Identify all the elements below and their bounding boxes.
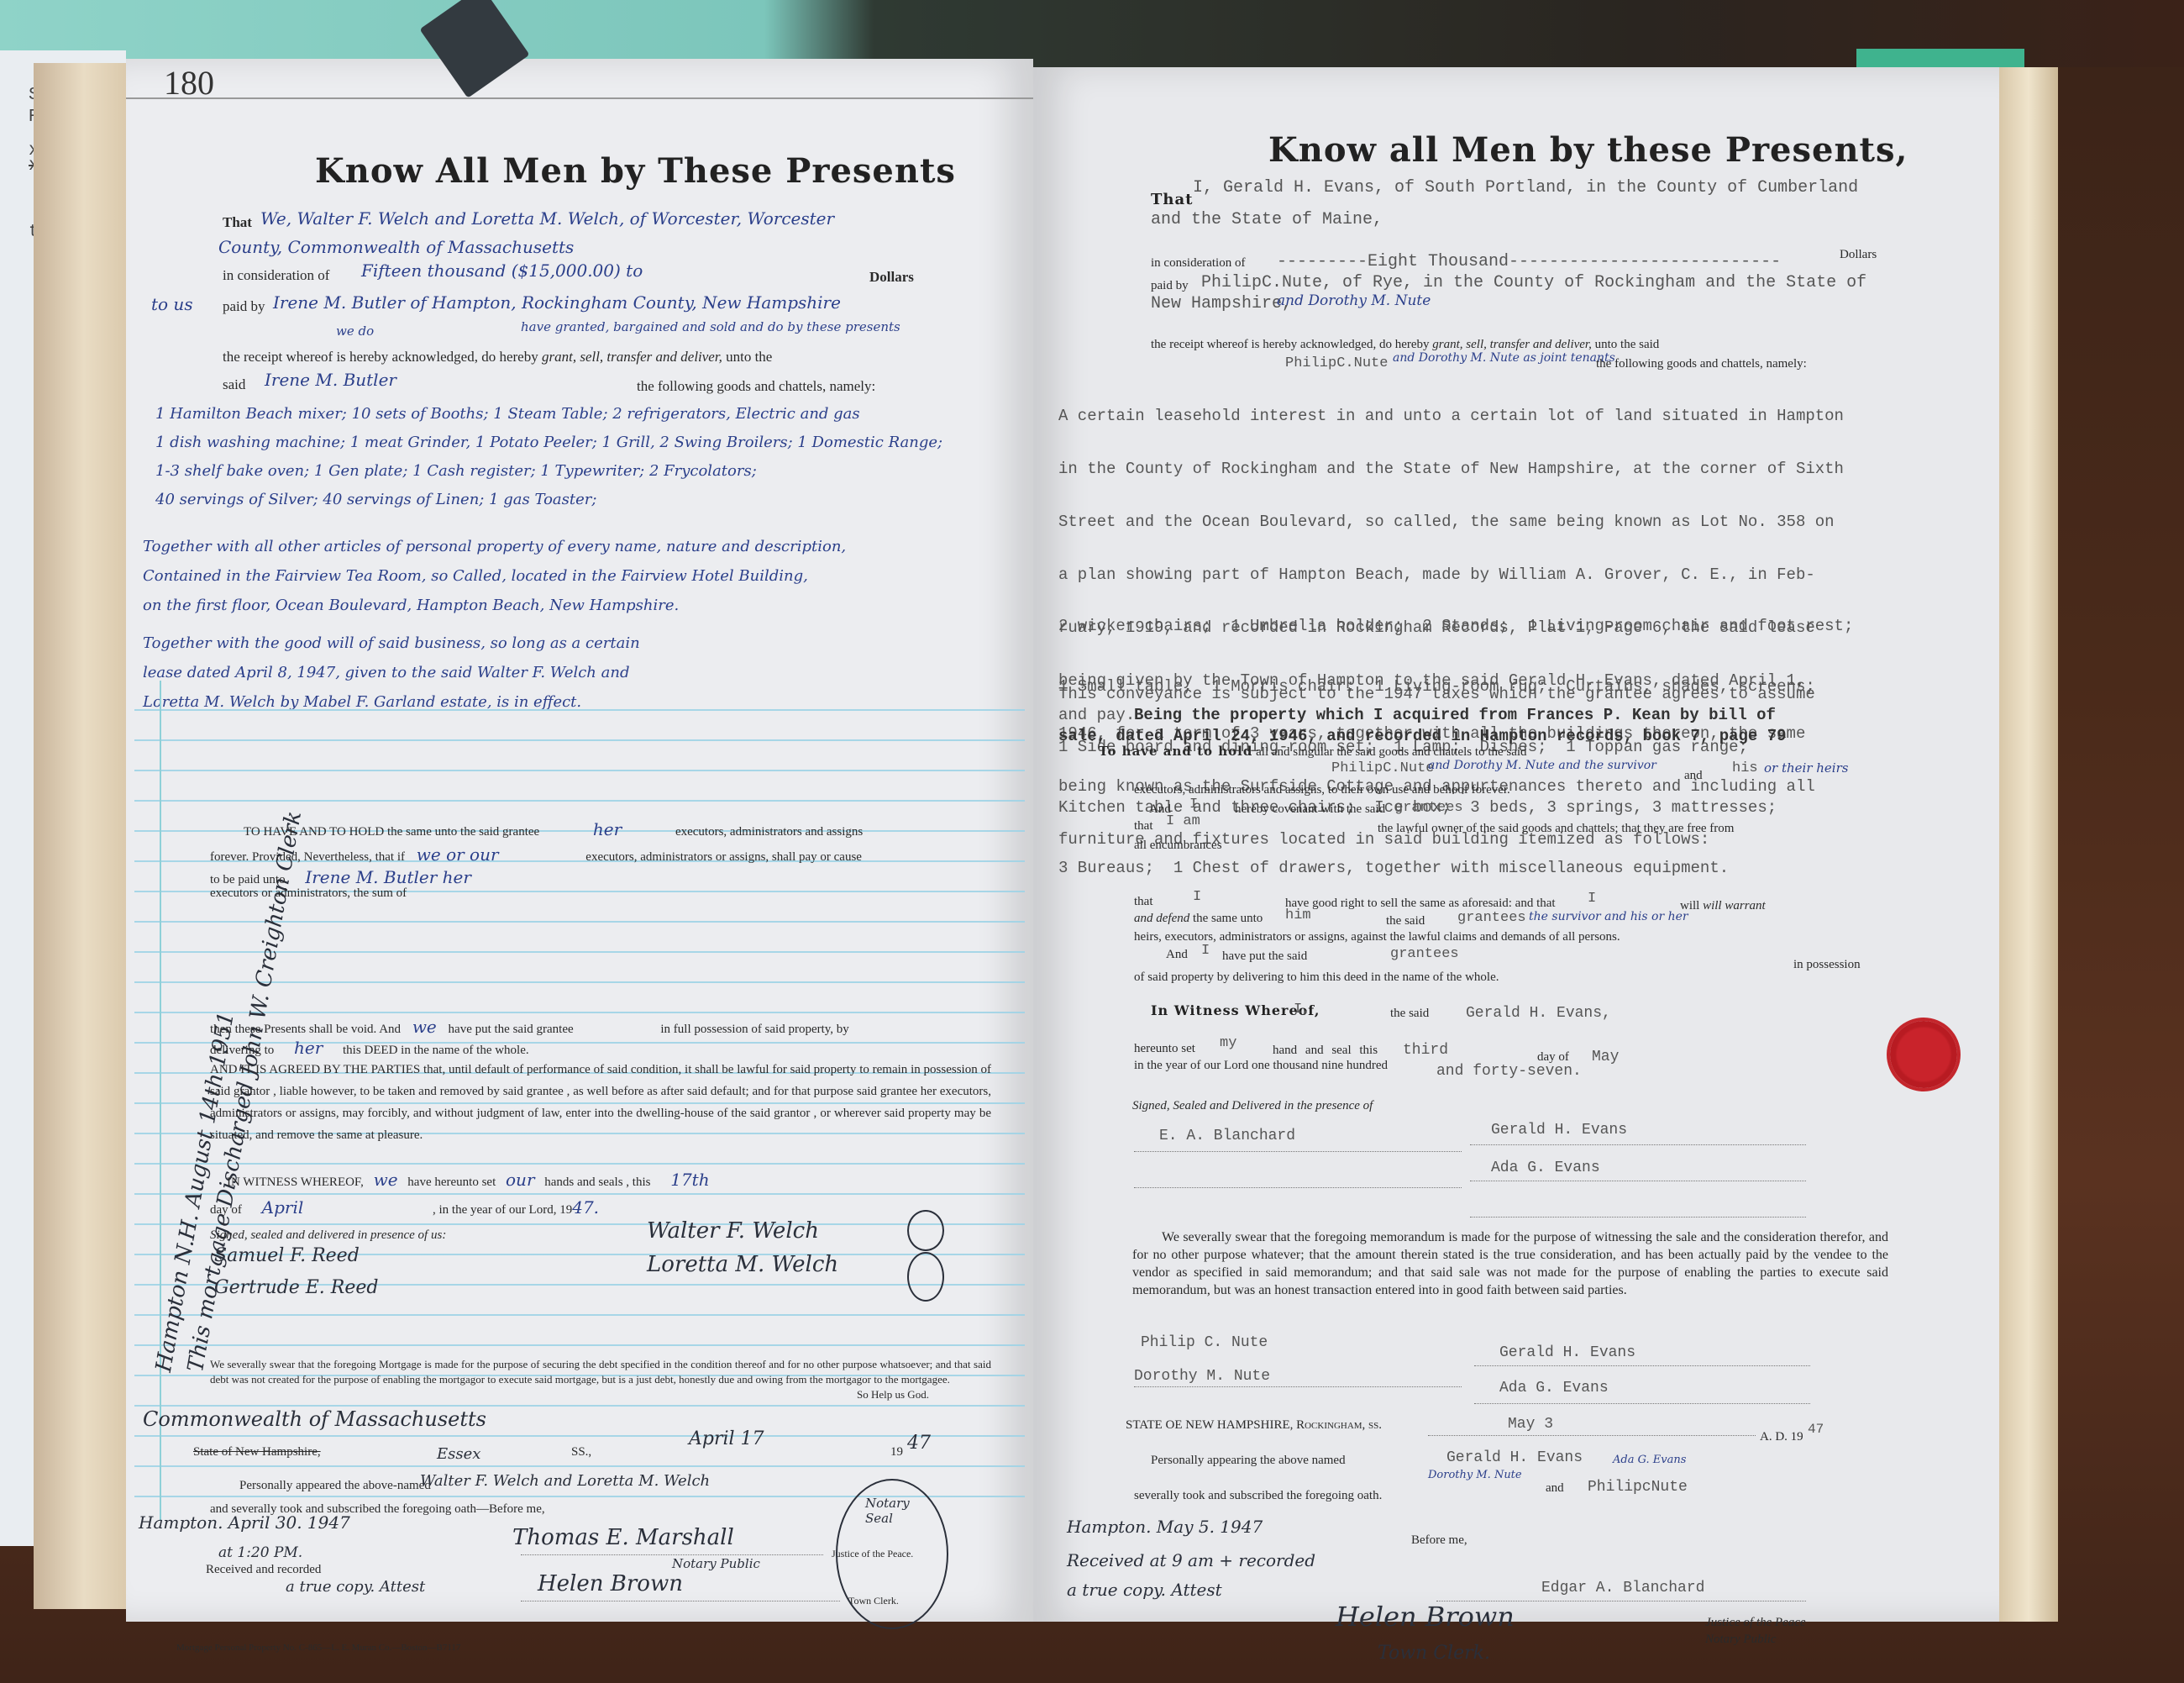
goodwill-clause-line: Together with the good will of said busi…	[143, 634, 640, 652]
and-label: and	[1684, 769, 1703, 783]
ss-label: SS.,	[571, 1445, 591, 1459]
left-page: 180 Know All Men by These Presents That …	[126, 59, 1033, 1622]
oval-note-hand: Notary Seal	[865, 1496, 916, 1526]
consideration-label: in consideration of	[223, 267, 329, 284]
ack-date-hand: April 17	[689, 1428, 764, 1449]
signer-typed: Ada G. Evans	[1491, 1160, 1600, 1176]
witness-i-typed: I,	[1294, 1002, 1310, 1018]
together-clause-line: on the first floor, Ocean Boulevard, Ham…	[143, 597, 679, 614]
paid-by-typed: PhilipC.Nute, of Rye, in the County of R…	[1201, 273, 1866, 292]
oath-taken-text: severally took and subscribed the forego…	[1134, 1489, 1382, 1503]
month-typed: May	[1592, 1049, 1619, 1065]
delivering-line: of said property by delivering to him th…	[1134, 970, 1499, 985]
recorded-time-hand: at 1:20 PM.	[218, 1544, 302, 1561]
year-line: in the year of our Lord one thousand nin…	[1134, 1059, 1388, 1073]
witness-signature: Gertrude E. Reed	[214, 1277, 378, 1298]
appeared-hand: Walter F. Welch and Loretta M. Welch	[420, 1472, 710, 1490]
ack-year-print: 19	[890, 1445, 903, 1459]
same-unto-text: the same unto	[1193, 912, 1263, 925]
survivor-hand: the survivor and his or her	[1529, 910, 1688, 923]
recorded-hand: a true copy. Attest	[1067, 1580, 1222, 1600]
received-recorded-label: Received and recorded	[206, 1563, 321, 1577]
jp-signature-line	[521, 1554, 823, 1555]
day-of-label: day of	[210, 1203, 242, 1217]
appeared-label: Personally appeared the above-named	[239, 1479, 431, 1493]
mortgage-oath: We severally swear that the foregoing Mo…	[210, 1357, 991, 1387]
memorandum-oath: We severally swear that the foregoing me…	[1132, 1228, 1888, 1299]
ad-label: A. D. 19	[1760, 1430, 1803, 1444]
signer-line-2	[1470, 1181, 1806, 1181]
delivering-text: delivering to	[210, 1044, 274, 1057]
page-number: 180	[164, 63, 214, 103]
grantor-typed-2: and the State of Maine,	[1151, 210, 1383, 229]
state-line: STATE OE NEW HAMPSHIRE, Rockingham, ss.	[1126, 1418, 1382, 1433]
my-typed: my	[1220, 1035, 1236, 1051]
oath-signer-right: Ada G. Evans	[1499, 1380, 1609, 1396]
witness-hands-seals: hands and seals , this	[544, 1175, 650, 1189]
oath-signer-line	[1474, 1403, 1810, 1404]
consideration-handwritten: Fifteen thousand ($15,000.00) to	[361, 260, 643, 281]
grantee-hand: and Dorothy M. Nute as joint tenants	[1393, 351, 1615, 365]
put-said-text: have put the said	[1222, 949, 1307, 964]
appearing-label: Personally appearing the above named	[1151, 1454, 1346, 1468]
recorded-hand: Received at 9 am + recorded	[1067, 1550, 1315, 1570]
left-page-title: Know All Men by These Presents	[315, 151, 956, 191]
habendum-text: all and singular the said goods and chat…	[1256, 745, 1526, 759]
habendum-label: To have and to hold	[1099, 744, 1252, 759]
page-stack-edge	[34, 63, 134, 1609]
being-typed-2: sale, dated April 24, 1946, and recorded…	[1058, 727, 1787, 745]
his-typed: his	[1732, 760, 1758, 776]
together-clause-line: Together with all other articles of pers…	[143, 538, 846, 555]
signer-line	[1470, 1144, 1806, 1145]
delivering-hand-her: her	[294, 1038, 323, 1058]
right-page-stack-edge	[1999, 67, 2058, 1622]
goods-label: the following goods and chattels, namely…	[1596, 357, 1807, 371]
goods-list-line: 1 Hamilton Beach mixer; 10 sets of Booth…	[155, 405, 860, 423]
before-me-label: Before me,	[1411, 1533, 1467, 1548]
oath-signer-left: Philip C. Nute	[1141, 1334, 1268, 1351]
paid-unto-text: to be paid unto	[210, 873, 286, 886]
together-clause-line: Contained in the Fairview Tea Room, so C…	[143, 567, 808, 585]
year-label: , in the year of our Lord, 19	[433, 1203, 572, 1217]
covenant-i-typed-2: I	[1193, 889, 1201, 905]
grantor-signature: Loretta M. Welch	[647, 1252, 838, 1277]
that-label: That	[223, 214, 252, 231]
appearing-hand: Ada G. Evans	[1613, 1454, 1686, 1466]
oath-signer-left: Dorothy M. Nute	[1134, 1368, 1270, 1385]
ack-year-hand: 47	[907, 1433, 931, 1454]
encumbrances-text: all encumbrances	[1134, 839, 1222, 853]
state-printed-struck: State of New Hampshire,	[193, 1445, 321, 1459]
being-typed: Being the property which I acquired from…	[1134, 706, 1776, 724]
signer-line-3	[1470, 1217, 1806, 1218]
habendum-text-end: executors, administrators and assigns	[675, 825, 863, 839]
witness-signature-line-2	[1134, 1187, 1462, 1188]
signed-presence-label: Signed, Sealed and Delivered in the pres…	[1132, 1099, 1373, 1113]
signer-typed: Gerald H. Evans	[1491, 1122, 1627, 1139]
said-handwritten: Irene M. Butler	[265, 370, 396, 390]
oath-signer-right: Gerald H. Evans	[1499, 1344, 1635, 1361]
goods-list-line: 40 servings of Silver; 40 servings of Li…	[155, 491, 596, 508]
appearing-typed-2: PhilipcNute	[1588, 1479, 1688, 1496]
so-help-text: So Help us God.	[857, 1388, 929, 1402]
receipt-end: unto the	[726, 349, 772, 365]
state-date-line	[1428, 1435, 1756, 1436]
habendum-hand-her: her	[593, 819, 622, 839]
witness-name-typed: Gerald H. Evans,	[1466, 1005, 1611, 1022]
hereunto-label: hereunto set	[1134, 1042, 1195, 1056]
dollars-label: Dollars	[869, 269, 914, 286]
right-to-sell-text: have good right to sell the same as afor…	[1285, 897, 1556, 911]
paid-by-label: paid by	[1151, 279, 1189, 293]
goods-list-line: 1-3 shelf bake oven; 1 Gen plate; 1 Cash…	[155, 462, 757, 480]
paid-by-label: paid by	[223, 298, 265, 315]
receipt-italic: grant, sell, transfer and deliver,	[542, 349, 722, 365]
oath-signer-line	[1474, 1365, 1810, 1366]
covenant-that-2: that	[1134, 895, 1153, 909]
jp-label: Justice of the Peace	[1705, 1616, 1806, 1630]
grantee-typed: PhilipC.Nute	[1285, 355, 1388, 371]
recorded-hand: Hampton. May 5. 1947	[1067, 1517, 1263, 1537]
witness-signature: Samuel F. Reed	[214, 1245, 360, 1266]
paid-unto-hand: Irene M. Butler her	[305, 867, 471, 887]
proviso-hand: we or our	[417, 844, 499, 865]
grantors-handwritten-2: County, Commonwealth of Massachusetts	[218, 237, 574, 257]
clerk-signature: Helen Brown	[1336, 1601, 1515, 1633]
defend-text: and defend	[1134, 912, 1189, 925]
goods-label: the following goods and chattels, namely…	[637, 378, 875, 395]
paid-by-typed-2: New Hampshire,	[1151, 294, 1292, 313]
receipt-text: the receipt whereof is hereby acknowledg…	[1151, 338, 1430, 351]
covenant-i-typed-4: I	[1201, 943, 1210, 959]
consideration-label: in consideration of	[1151, 256, 1245, 271]
clerk-signature-line	[521, 1601, 840, 1601]
county-hand: Essex	[437, 1445, 480, 1463]
witness-typed: E. A. Blanchard	[1159, 1128, 1295, 1144]
goods-list-line: 1 dish washing machine; 1 meat Grinder, …	[155, 434, 942, 451]
covenant-that: that	[1134, 819, 1153, 834]
margin-note: to us	[151, 294, 193, 314]
covenant-i-am: I am	[1166, 813, 1200, 829]
his-hand: or their heirs	[1764, 760, 1848, 776]
him-typed: him	[1285, 907, 1311, 923]
proviso-text-end: executors, administrators or assigns, sh…	[585, 850, 862, 864]
witness-the-said: the said	[1390, 1007, 1429, 1021]
the-said-text: the said	[1386, 914, 1425, 928]
handwritten-insert: we do	[336, 323, 374, 339]
ad-year-typed: 47	[1808, 1422, 1824, 1437]
seal-circle-drawn	[907, 1252, 944, 1302]
witness-mid: have hereunto set	[407, 1175, 496, 1189]
said-label: said	[223, 376, 245, 393]
right-page-title: Know all Men by these Presents,	[1268, 130, 1908, 170]
void-clause-end: in full possession of said property, by	[660, 1023, 848, 1036]
right-page: Know all Men by these Presents, That I, …	[1033, 67, 2008, 1622]
sum-of-text: executors or administrators, the sum of	[210, 886, 407, 901]
notary-hand: Notary Public	[672, 1556, 760, 1571]
handwritten-insert: have granted, bargained and sold and do …	[521, 319, 900, 334]
clerk-signature: Helen Brown	[538, 1571, 683, 1596]
witness-signature-line	[1134, 1151, 1462, 1152]
red-wax-seal	[1890, 1021, 1957, 1088]
witness-hand-we: we	[374, 1170, 398, 1190]
year-typed: and forty-seven.	[1436, 1063, 1582, 1080]
void-hand-we: we	[412, 1017, 437, 1037]
that-label: That	[1151, 191, 1193, 208]
hand-seal-text: hand and seal this	[1273, 1044, 1378, 1058]
grantors-handwritten: We, Walter F. Welch and Loretta M. Welch…	[260, 208, 834, 229]
void-clause-mid: have put the said grantee	[449, 1023, 574, 1036]
appearing-typed: Gerald H. Evans	[1446, 1449, 1583, 1466]
ruled-margin-line	[160, 681, 161, 1521]
receipt-italic: grant, sell, transfer and deliver,	[1432, 338, 1592, 351]
grantees-typed-2: grantees	[1457, 910, 1526, 926]
state-date-typed: May 3	[1508, 1416, 1553, 1433]
receipt-text: the receipt whereof is hereby acknowledg…	[223, 349, 538, 365]
witness-whereof-text: IN WITNESS WHEREOF,	[227, 1175, 364, 1189]
taxes-typed-2: and pay.	[1058, 706, 1135, 724]
goodwill-clause-line: lease dated April 8, 1947, given to the …	[143, 664, 629, 681]
notary-label: Notary Public	[1705, 1633, 1777, 1647]
grantor-signature: Walter F. Welch	[647, 1218, 819, 1244]
grantees-typed-3: grantees	[1390, 946, 1459, 962]
dollars-label: Dollars	[1840, 248, 1877, 262]
receipt-end: unto the said	[1595, 338, 1660, 351]
covenant-i-typed-3: I	[1588, 891, 1596, 907]
owner-text: the lawful owner of the said goods and c…	[1378, 822, 1734, 836]
header-rule	[126, 97, 1033, 99]
covenant-grantees: grantees	[1394, 800, 1463, 816]
jp-typed: Edgar A. Blanchard	[1541, 1580, 1704, 1596]
form-footer: Mortgage Personal Property No. C-865—L. …	[176, 1643, 460, 1653]
appearing-hand-2: Dorothy M. Nute	[1428, 1469, 1522, 1481]
month-hand: April	[262, 1197, 304, 1218]
executors-line: executors, administrators and assigns, t…	[1134, 783, 1510, 797]
day-typed: third	[1403, 1042, 1448, 1059]
covenant-and-2: And	[1166, 948, 1188, 962]
recorded-date-hand: Hampton. April 30. 1947	[139, 1512, 350, 1533]
habendum-hand: and Dorothy M. Nute and the survivor	[1428, 759, 1656, 772]
covenant-text: hereby covenant with the said	[1235, 802, 1385, 817]
seal-circle-drawn	[907, 1210, 944, 1251]
paid-by-handwritten: Irene M. Butler of Hampton, Rockingham C…	[273, 292, 841, 313]
habendum-typed: PhilipC.Nute	[1331, 760, 1434, 776]
consideration-typed: ---------Eight Thousand-----------------…	[1277, 252, 1781, 271]
agreed-clause: AND IT IS AGREED BY THE PARTIES that, un…	[210, 1059, 991, 1146]
proviso-text: forever. Provided, Nevertheless, that if	[210, 850, 405, 864]
warrant-text: will warrant	[1703, 899, 1766, 913]
delivering-end: this DEED in the name of the whole.	[343, 1044, 529, 1057]
year-hand: 47.	[572, 1197, 599, 1218]
signed-presence-label: Signed, sealed and delivered in presence…	[210, 1228, 446, 1243]
covenant-i-typed: I	[1189, 797, 1198, 813]
attest-hand: a true copy. Attest	[286, 1578, 425, 1596]
in-possession-text: in possession	[1793, 958, 1861, 972]
void-clause-text: then these Presents shall be void. And	[210, 1023, 401, 1036]
witness-hand-our: our	[506, 1170, 534, 1190]
state-correction-hand: Commonwealth of Massachusetts	[143, 1407, 486, 1431]
habendum-text: TO HAVE AND TO HOLD the same unto the sa…	[244, 825, 539, 839]
clerk-title-hand: Town Clerk.	[1378, 1643, 1490, 1664]
appearing-and: and	[1546, 1481, 1564, 1496]
jp-signature: Thomas E. Marshall	[512, 1525, 734, 1550]
grantor-typed: I, Gerald H. Evans, of South Portland, i…	[1193, 178, 1858, 197]
witness-day-hand: 17th	[670, 1170, 709, 1190]
paid-by-hand: and Dorothy M. Nute	[1277, 292, 1431, 309]
taxes-typed: This conveyance is subject to the 1947 t…	[1058, 685, 1815, 703]
oath-signer-line	[1134, 1386, 1462, 1387]
